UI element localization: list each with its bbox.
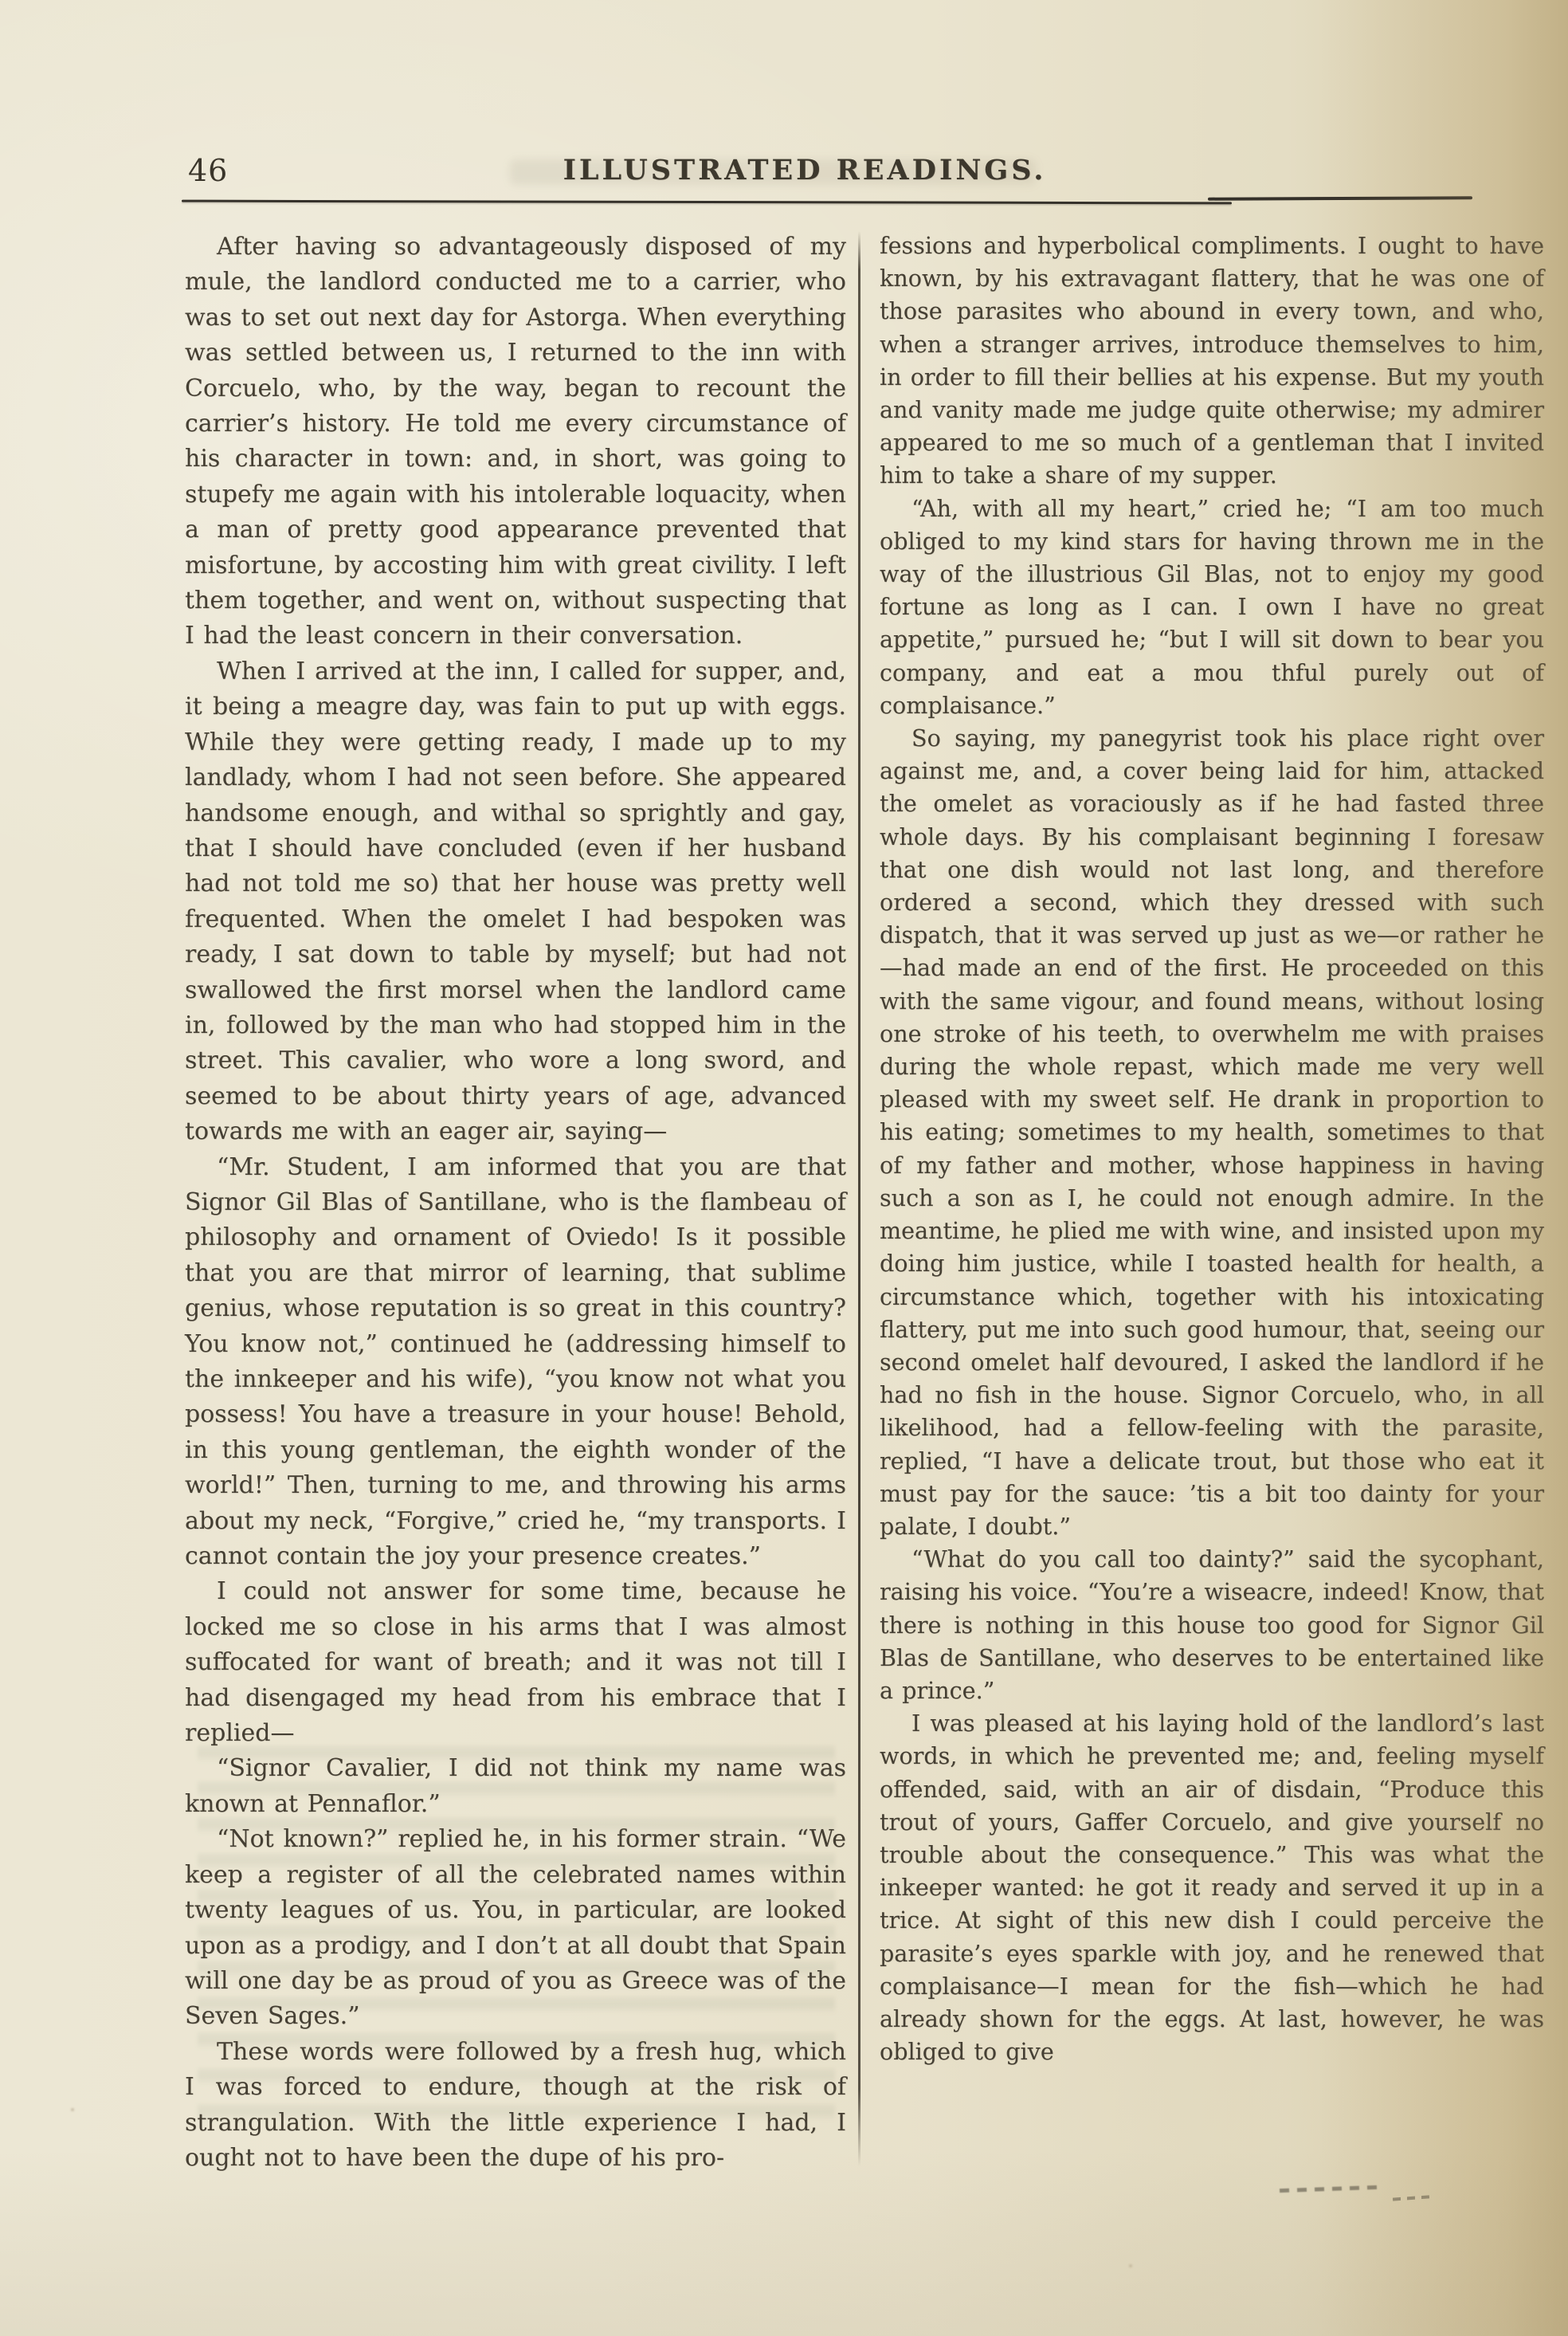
paragraph: After having so advantageously disposed …	[185, 230, 846, 654]
paragraph: fessions and hyperbolical compliments. I…	[880, 230, 1544, 493]
paragraph: These words were followed by a fresh hug…	[185, 2035, 846, 2177]
paragraph: “Ah, with all my heart,” cried he; “I am…	[880, 493, 1544, 722]
header-rule-right-segment	[1208, 196, 1472, 200]
paragraph: “Mr. Student, I am informed that you are…	[185, 1150, 846, 1575]
paragraph: “What do you call too dainty?” said the …	[880, 1543, 1544, 1707]
paragraph: “Not known?” replied he, in his former s…	[185, 1822, 846, 2034]
column-divider-rule	[858, 231, 860, 2166]
scan-artifact-dashes	[1393, 2195, 1429, 2201]
paragraph: “Signor Cavalier, I did not think my nam…	[185, 1751, 846, 1822]
book-page-scan: 46 ILLUSTRATED READINGS. After having so…	[0, 0, 1568, 2336]
scan-artifact-dashes	[1280, 2185, 1378, 2193]
running-header-title: ILLUSTRATED READINGS.	[183, 154, 1426, 186]
header-rule	[182, 200, 1232, 205]
left-text-column: After having so advantageously disposed …	[185, 230, 846, 2176]
paragraph: I could not answer for some time, becaus…	[185, 1574, 846, 1751]
right-text-column: fessions and hyperbolical compliments. I…	[880, 230, 1544, 2068]
paragraph: So saying, my panegyrist took his place …	[880, 722, 1544, 1543]
paragraph: I was pleased at his laying hold of the …	[880, 1707, 1544, 2068]
paper-speckles	[0, 0, 2, 2]
paragraph: When I arrived at the inn, I called for …	[185, 654, 846, 1150]
